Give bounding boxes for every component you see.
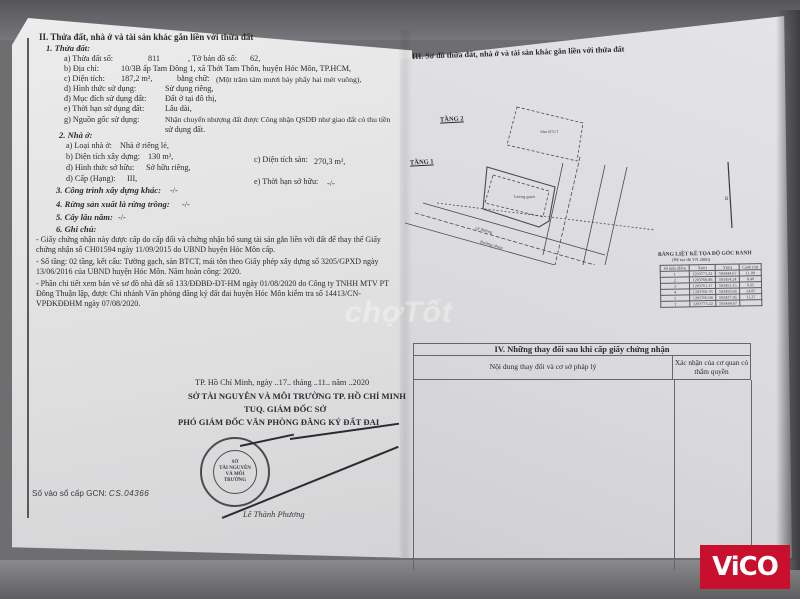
authority-line3: PHÓ GIÁM ĐỐC VĂN PHÒNG ĐĂNG KÝ ĐẤT ĐAI	[178, 417, 379, 428]
perennial-value: -/-	[118, 213, 126, 224]
svg-text:Lề đường: Lề đường	[475, 225, 493, 235]
coord-cell: 593454.24	[716, 276, 740, 282]
coord-cell: 593444.67	[716, 300, 740, 306]
coord-cell: 1203768.88	[689, 276, 715, 282]
coord-cell	[740, 300, 762, 306]
address: 10/3B ấp Tam Đông 1, xã Thới Tam Thôn, h…	[121, 64, 351, 75]
brand-logo: ViCO	[700, 545, 790, 589]
coord-header-edge: Cạnh (m)	[739, 264, 761, 270]
north-arrow-icon: B	[724, 160, 736, 230]
official-seal-icon: SỞ TÀI NGUYÊN VÀ MÔI TRƯỜNG	[200, 437, 270, 507]
built-area-label: b) Diện tích xây dựng:	[66, 152, 140, 163]
section4-col-changes: Nội dung thay đổi và cơ sở pháp lý	[413, 356, 673, 380]
grade: III,	[127, 174, 137, 185]
left-margin-rule	[27, 38, 29, 518]
coord-cell: 1	[661, 301, 690, 308]
area: 187,2 m²,	[121, 74, 152, 85]
coord-cell: 1203773.22	[689, 270, 715, 276]
built-area: 130 m²,	[148, 152, 173, 163]
coord-cell: 593451.15	[716, 282, 740, 288]
signer-name: Lê Thành Phương	[243, 509, 305, 519]
own-term: -/-	[327, 179, 335, 190]
other-works-value: -/-	[170, 186, 178, 197]
svg-text:Đường nhựa: Đường nhựa	[480, 239, 504, 250]
origin-label: g) Nguồn gốc sử dụng:	[64, 115, 139, 126]
coord-row: 11203773.22593444.67	[661, 300, 762, 308]
coord-table: Số hiệu điểm X(m) Y(m) Cạnh (m) 11203773…	[660, 263, 763, 308]
ownership-label: d) Hình thức sở hữu:	[66, 163, 134, 174]
svg-text:Tường gạch: Tường gạch	[513, 194, 535, 199]
authority-line1: SỞ TÀI NGUYÊN VÀ MÔI TRƯỜNG TP. HỒ CHÍ M…	[188, 391, 406, 402]
own-term-label: e) Thời hạn sở hữu:	[254, 177, 318, 188]
section4-body-changes	[413, 380, 675, 570]
term-label: e) Thời hạn sử dụng đất:	[64, 104, 144, 115]
floor1-label: TẦNG 1	[410, 157, 434, 169]
forest-value: -/-	[182, 200, 190, 211]
map-sheet: 62,	[250, 54, 260, 65]
coord-cell: 1203773.22	[690, 300, 716, 306]
page-edge-shadow	[776, 10, 800, 570]
issue-date: TP. Hồ Chí Minh, ngày ..17.. tháng ..11.…	[195, 378, 369, 389]
section4-table: IV. Những thay đổi sau khi cấp giấy chứn…	[413, 343, 763, 563]
watermark: chợTốt	[345, 296, 453, 330]
house-type: Nhà ở riêng lẻ,	[120, 141, 169, 152]
gcn-value: CS.04366	[109, 489, 149, 498]
perennial-heading: 5. Cây lâu năm:	[56, 212, 113, 223]
notes-heading: 6. Ghi chú:	[56, 224, 96, 235]
gcn-number: Số vào sổ cấp GCN: CS.04366	[32, 489, 149, 498]
floor-area-label: c) Diện tích sàn:	[254, 155, 308, 166]
coord-cell: 593437.05	[716, 294, 740, 300]
coord-cell: 593450.66	[716, 288, 740, 294]
note-2: - Số tầng: 02 tầng, kết cấu: Tường gạch,…	[36, 257, 400, 277]
area-label: c) Diện tích:	[64, 74, 105, 85]
address-label: b) Địa chỉ:	[64, 64, 99, 75]
term: Lâu dài,	[165, 104, 192, 115]
area-words: (Một trăm tám mươi bảy phẩy hai mét vuôn…	[216, 75, 361, 86]
coord-cell: 1203761.17	[689, 282, 715, 288]
floor2-label: TẦNG 2	[440, 114, 464, 126]
parcel-no-label: a) Thửa đất số:	[64, 54, 113, 65]
coord-header-point: Số hiệu điểm	[660, 265, 689, 272]
coord-table-subtitle: (Hệ tọa độ VN 2000)	[672, 257, 710, 262]
note-1: - Giấy chứng nhận này được cấp do cấp đổ…	[36, 235, 400, 255]
grade-label: d) Cấp (Hạng):	[66, 174, 116, 185]
ownership: Sở hữu riêng,	[146, 163, 190, 174]
coord-cell: 593444.67	[715, 270, 739, 276]
section2-title: II. Thửa đất, nhà ở và tài sản khác gắn …	[39, 32, 253, 43]
coord-cell: 1203766.68	[690, 294, 716, 300]
area-words-label: bằng chữ:	[177, 74, 209, 85]
usage-form-label: d) Hình thức sử dụng:	[64, 84, 136, 95]
map-sheet-label: , Tờ bản đồ số:	[188, 54, 237, 65]
house-type-label: a) Loại nhà ở:	[66, 141, 112, 152]
origin-line1: Nhận chuyển nhượng đất được Công nhận QS…	[165, 115, 390, 126]
svg-text:B: B	[725, 197, 729, 202]
svg-text:Sàn BTCT: Sàn BTCT	[540, 129, 559, 134]
authority-line2: TUQ. GIÁM ĐỐC SỞ	[244, 404, 326, 415]
land-heading: 1. Thửa đất:	[46, 43, 90, 54]
section4-col-confirmation: Xác nhận của cơ quan có thẩm quyền	[673, 356, 751, 380]
parcel-no: 811	[148, 54, 160, 65]
seal-text-3: VÀ MÔI TRƯỜNG	[214, 472, 256, 484]
origin-line2: sử dụng đất.	[165, 125, 205, 136]
background-bottom	[0, 560, 800, 599]
gcn-label: Số vào sổ cấp GCN:	[32, 489, 107, 498]
section4-body-right-border	[751, 380, 754, 570]
purpose-label: đ) Mục đích sử dụng đất:	[64, 94, 146, 105]
forest-heading: 4. Rừng sản xuất là rừng trồng:	[56, 199, 170, 210]
section4-title: IV. Những thay đổi sau khi cấp giấy chứn…	[413, 343, 751, 356]
usage-form: Sử dụng riêng,	[165, 84, 213, 95]
other-works-heading: 3. Công trình xây dựng khác:	[56, 185, 161, 196]
floor-area: 270,3 m²,	[314, 157, 345, 168]
purpose: Đất ở tại đô thị,	[165, 94, 216, 105]
house-heading: 2. Nhà ở:	[59, 130, 93, 141]
coord-cell: 1203760.76	[689, 288, 715, 294]
